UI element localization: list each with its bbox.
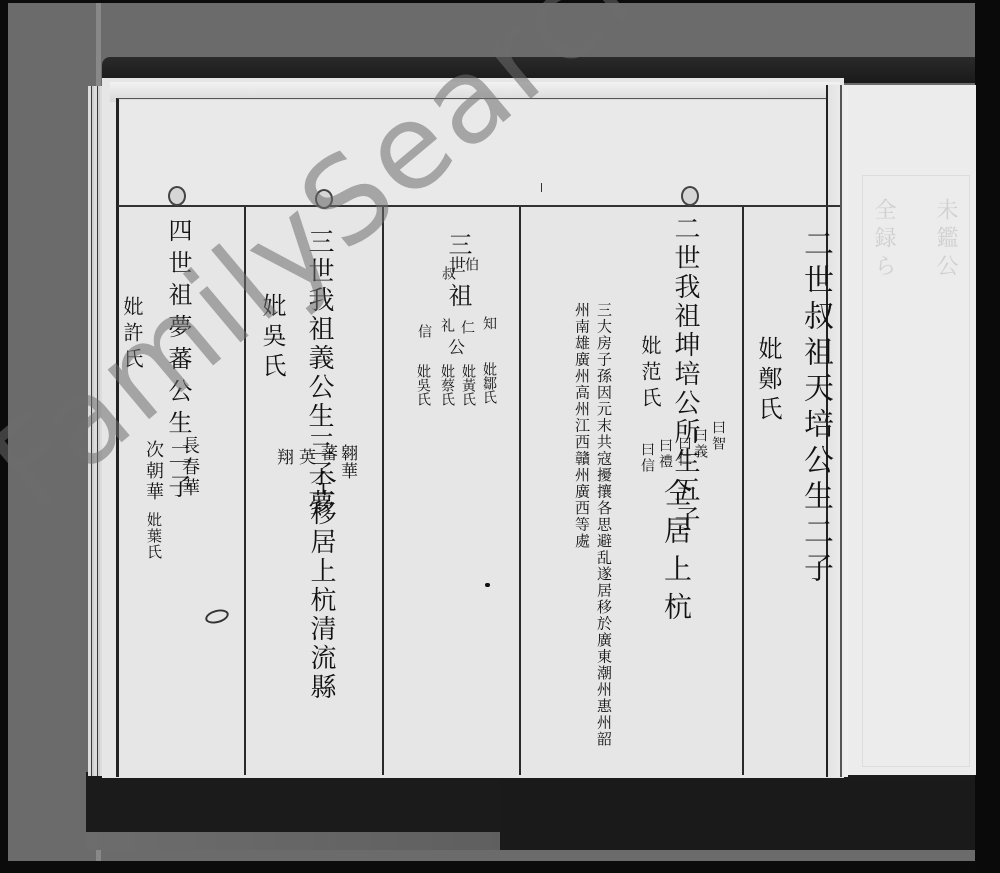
- son-chaohua: 次朝華: [144, 440, 162, 503]
- son-label-ren: 曰仁: [677, 436, 691, 468]
- header-tick-mark: [541, 183, 542, 192]
- entry-heading-gong: 公: [445, 338, 462, 358]
- name-li: 礼: [440, 318, 454, 334]
- spouse-wu: 妣吳氏: [416, 364, 430, 406]
- spouse-huang: 妣黃氏: [461, 364, 475, 406]
- son-label-zhi: 曰智: [711, 420, 725, 452]
- ink-dot: [485, 583, 490, 587]
- spouse-cai: 妣蔡氏: [440, 364, 454, 406]
- son-name-xianghua: 翱華: [338, 444, 355, 480]
- column-divider-2: [382, 207, 384, 775]
- film-right-border: [975, 0, 1000, 873]
- entry-residence-shanghang: 仝居上杭: [662, 478, 690, 630]
- entry-spouse-xu: 妣許氏: [122, 296, 142, 374]
- entry-spouse-fan: 妣范氏: [640, 335, 660, 413]
- header-rule: [118, 205, 840, 207]
- son-name-xiang: 翔: [274, 448, 291, 468]
- entry-heading-zu: 祖: [446, 283, 470, 313]
- migration-note-line-1: 三大房子孫因元末共寇擾攘各思避乱遂居移於廣東潮州惠州韶: [596, 302, 611, 748]
- book-bottom-shadow-right: [500, 780, 980, 850]
- son-chunhua: 長春華: [180, 436, 198, 499]
- entry-residence-qingliu: 仝移居上杭清流縣: [308, 470, 334, 702]
- column-divider-1: [244, 207, 246, 775]
- entry-spouse-wu: 妣吳氏: [260, 293, 284, 383]
- entry-heading-tianpei: 二世叔祖天培公生二子: [800, 228, 830, 588]
- binding-hole-3: [681, 186, 699, 206]
- son-name-fan: 蕃: [318, 444, 335, 464]
- name-xin: 信: [417, 324, 431, 340]
- binding-hole-2: [315, 189, 333, 209]
- name-ren: 仁: [460, 320, 474, 336]
- migration-note-line-2: 州南雄廣州高州江西贛州廣西等處: [574, 302, 589, 550]
- uncle-label-shu: 叔: [441, 266, 455, 282]
- name-zhi: 知: [482, 316, 496, 332]
- entry-spouse-zheng: 妣鄭氏: [756, 336, 780, 426]
- column-divider-4: [742, 207, 744, 775]
- right-page-ghost-text-2: 全録ら: [868, 198, 899, 282]
- right-page-ghost-text-1: 未鑑公: [930, 198, 961, 282]
- son-label-li: 曰禮: [658, 438, 672, 470]
- son-name-ying: 英: [296, 448, 313, 468]
- son-label-xin: 曰信: [640, 442, 654, 474]
- son-chaohua-spouse: 妣葉氏: [146, 512, 161, 560]
- spouse-zou: 妣鄒氏: [482, 362, 496, 404]
- son-label-yi: 曰義: [693, 428, 707, 460]
- binding-hole-1: [168, 186, 186, 206]
- page-frame: [116, 98, 843, 777]
- uncle-label-bo: 伯: [464, 257, 478, 273]
- column-divider-3: [519, 207, 521, 775]
